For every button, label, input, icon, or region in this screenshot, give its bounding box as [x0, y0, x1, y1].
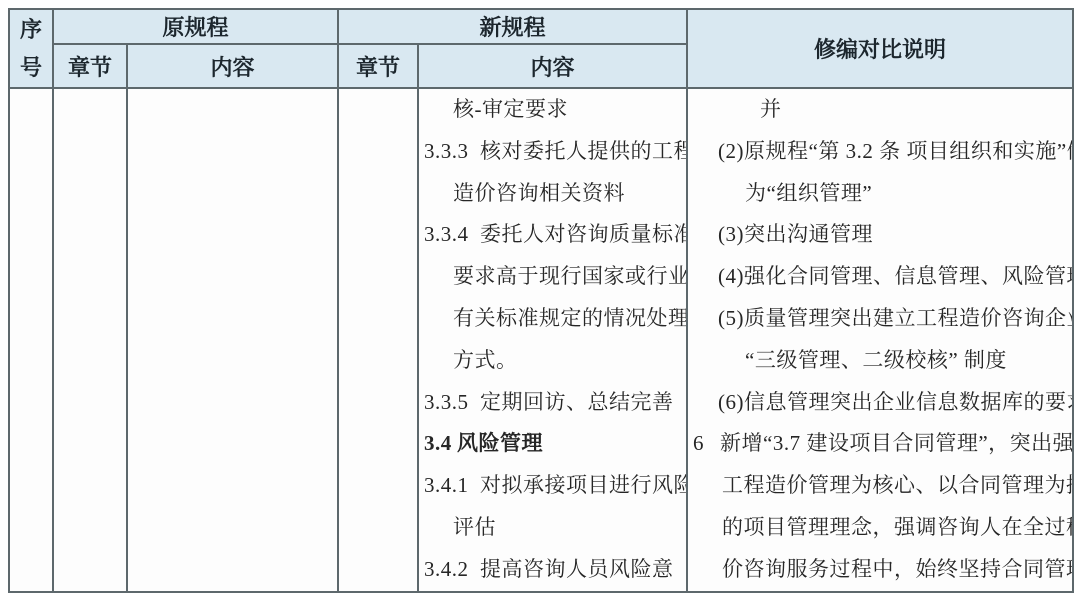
document-page: 序号 原规程 新规程 修编对比说明 章节 内容 章节 内容 核-审定要求 3.3: [0, 0, 1080, 604]
clause-text: 提高咨询人员风险意: [480, 557, 674, 581]
comparison-table: 序号 原规程 新规程 修编对比说明 章节 内容 章节 内容 核-审定要求 3.3: [8, 8, 1074, 593]
new-content-line: 3.3.5定期回访、总结完善: [419, 382, 686, 424]
clause-number: 3.4: [419, 423, 457, 465]
clause-text: 有关标准规定的情况处理: [453, 306, 686, 330]
note-text: 并: [760, 97, 782, 121]
clause-text: 要求高于现行国家或行业: [453, 264, 686, 288]
notes-line: (4)强化合同管理、信息管理、风险管理: [688, 256, 1072, 298]
header-original-content: 内容: [127, 44, 338, 88]
cell-revision-notes: 并 (2)原规程“第 3.2 条 项目组织和实施”修改 为“组织管理” (3)突…: [687, 88, 1073, 592]
notes-line: 为“组织管理”: [688, 173, 1072, 215]
cell-serial-number: [9, 88, 53, 592]
clause-number: 3.3.4: [419, 214, 480, 256]
note-text: 强化合同管理、信息管理、风险管理: [744, 264, 1072, 288]
new-content-section-heading: 3.4风险管理: [419, 423, 686, 465]
notes-line: (5)质量管理突出建立工程造价咨询企业: [688, 298, 1072, 340]
note-text: 质量管理突出建立工程造价咨询企业: [744, 306, 1072, 330]
note-number: 6: [688, 423, 720, 465]
clause-text: 方式。: [453, 348, 518, 372]
new-content-line: 3.4.1对拟承接项目进行风险: [419, 465, 686, 507]
note-number: (3): [688, 214, 744, 256]
header-serial-number: 序号: [9, 9, 53, 88]
notes-line: 价咨询服务过程中，始终坚持合同管理的: [688, 549, 1072, 591]
clause-text: 委托人对咨询质量标准: [480, 222, 686, 246]
header-group-original-procedure: 原规程: [53, 9, 338, 44]
note-text: 原规程“第 3.2 条 项目组织和实施”修改: [744, 139, 1072, 163]
header-new-chapter: 章节: [338, 44, 418, 88]
notes-line: (6)信息管理突出企业信息数据库的要求: [688, 382, 1072, 424]
note-number: (2): [688, 131, 744, 173]
note-number: (6): [688, 382, 744, 424]
notes-line: (3)突出沟通管理: [688, 214, 1072, 256]
clause-text: 评估: [453, 515, 496, 539]
note-text: 的项目管理理念，强调咨询人在全过程造: [722, 515, 1072, 539]
header-group-new-procedure: 新规程: [338, 9, 687, 44]
clause-text: 对拟承接项目进行风险: [480, 473, 686, 497]
clause-number: 3.3.5: [419, 382, 480, 424]
notes-line: (2)原规程“第 3.2 条 项目组织和实施”修改: [688, 131, 1072, 173]
notes-line: “三级管理、二级校核” 制度: [688, 340, 1072, 382]
header-original-chapter: 章节: [53, 44, 127, 88]
note-text: “三级管理、二级校核” 制度: [745, 348, 1007, 372]
note-text: 突出沟通管理: [744, 222, 873, 246]
clause-text: 核-审定要求: [453, 97, 568, 121]
clause-text: 风险管理: [457, 431, 543, 455]
clause-text: 核对委托人提供的工程: [480, 139, 686, 163]
new-content-line: 核-审定要求: [419, 89, 686, 131]
note-text: 价咨询服务过程中，始终坚持合同管理的: [722, 557, 1072, 581]
notes-line: 的项目管理理念，强调咨询人在全过程造: [688, 507, 1072, 549]
notes-line: 工程造价管理为核心、以合同管理为抓手: [688, 465, 1072, 507]
note-text: 工程造价管理为核心、以合同管理为抓手: [722, 473, 1072, 497]
clause-text: 造价咨询相关资料: [453, 181, 625, 205]
cell-new-content: 核-审定要求 3.3.3核对委托人提供的工程 造价咨询相关资料 3.3.4委托人…: [418, 88, 687, 592]
clause-number: 3.3.3: [419, 131, 480, 173]
notes-line: 并: [688, 89, 1072, 131]
new-content-line: 3.4.2提高咨询人员风险意: [419, 549, 686, 591]
note-text: 为“组织管理”: [745, 181, 872, 205]
table-row: 核-审定要求 3.3.3核对委托人提供的工程 造价咨询相关资料 3.3.4委托人…: [9, 88, 1073, 592]
cell-new-chapter: [338, 88, 418, 592]
clause-text: 定期回访、总结完善: [480, 390, 674, 414]
header-revision-comparison-notes: 修编对比说明: [687, 9, 1073, 88]
new-content-line: 3.3.4委托人对咨询质量标准: [419, 214, 686, 256]
note-text: 新增“3.7 建设项目合同管理”，突出强调以: [720, 431, 1072, 455]
header-serial-number-label: 序号: [18, 11, 43, 87]
note-number: (5): [688, 298, 744, 340]
note-number: (4): [688, 256, 744, 298]
notes-line: 6新增“3.7 建设项目合同管理”，突出强调以: [688, 423, 1072, 465]
new-content-line: 方式。: [419, 340, 686, 382]
new-content-line: 有关标准规定的情况处理: [419, 298, 686, 340]
new-content-line: 评估: [419, 507, 686, 549]
cell-original-chapter: [53, 88, 127, 592]
clause-number: 3.4.1: [419, 465, 480, 507]
cell-original-content: [127, 88, 338, 592]
new-content-line: 要求高于现行国家或行业: [419, 256, 686, 298]
new-content-line: 3.3.3核对委托人提供的工程: [419, 131, 686, 173]
note-text: 信息管理突出企业信息数据库的要求: [744, 390, 1072, 414]
header-new-content: 内容: [418, 44, 687, 88]
clause-number: 3.4.2: [419, 549, 480, 591]
new-content-line: 造价咨询相关资料: [419, 173, 686, 215]
